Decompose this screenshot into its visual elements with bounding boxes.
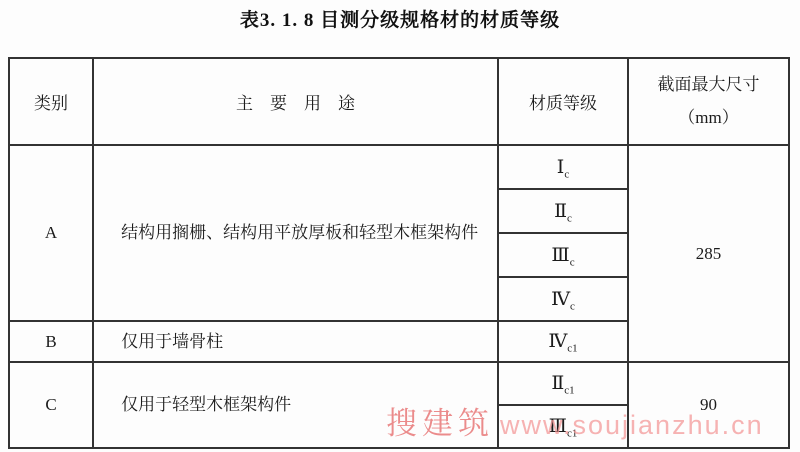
grade-cell: Ⅰc <box>498 145 628 189</box>
header-category: 类别 <box>9 58 93 145</box>
page-title: 表3. 1. 8 目测分级规格材的材质等级 <box>0 5 800 32</box>
use-cell-a: 结构用搁栅、结构用平放厚板和轻型木框架构件 <box>93 145 498 321</box>
use-cell-b: 仅用于墙骨柱 <box>93 321 498 362</box>
max-size-value: 90 <box>700 395 717 414</box>
use-text-c: 仅用于轻型木框架构件 <box>99 386 492 423</box>
header-use: 主 要 用 途 <box>93 58 498 145</box>
grade-cell: Ⅲc <box>498 233 628 277</box>
grade-cell: Ⅲc1 <box>498 405 628 448</box>
category-cell-a: A <box>9 145 93 321</box>
grade-subscript: c <box>570 300 575 312</box>
max-size-cell-285: 285 <box>628 145 789 362</box>
grade-numeral: Ⅲ <box>549 416 567 437</box>
grade-numeral: Ⅳ <box>551 289 570 310</box>
category-cell-b: B <box>9 321 93 362</box>
grade-cell: Ⅱc1 <box>498 362 628 405</box>
grade-numeral: Ⅱ <box>551 373 564 394</box>
category-cell-c: C <box>9 362 93 448</box>
table-row: A 结构用搁栅、结构用平放厚板和轻型木框架构件 Ⅰc 285 <box>9 145 789 189</box>
use-text-b: 仅用于墙骨柱 <box>99 323 492 360</box>
grade-subscript: c <box>564 168 569 180</box>
max-size-value: 285 <box>696 244 722 263</box>
grade-cell: Ⅳc1 <box>498 321 628 362</box>
grade-subscript: c1 <box>567 342 577 354</box>
grade-subscript: c <box>570 256 575 268</box>
header-max-size-line2: （mm） <box>629 102 788 134</box>
max-size-cell-90: 90 <box>628 362 789 448</box>
grade-numeral: Ⅱ <box>554 201 567 222</box>
header-max-size: 截面最大尺寸 （mm） <box>628 58 789 145</box>
grade-subscript: c1 <box>564 384 574 396</box>
header-max-size-line1: 截面最大尺寸 <box>629 69 788 101</box>
grade-numeral: Ⅳ <box>548 331 567 352</box>
use-text-a: 结构用搁栅、结构用平放厚板和轻型木框架构件 <box>99 214 492 251</box>
grade-cell: Ⅳc <box>498 277 628 321</box>
table-row: C 仅用于轻型木框架构件 Ⅱc1 90 <box>9 362 789 405</box>
grade-numeral: Ⅲ <box>551 245 569 266</box>
lumber-grade-table: 类别 主 要 用 途 材质等级 截面最大尺寸 （mm） A 结构用搁栅、结构用平… <box>8 57 790 449</box>
header-grade: 材质等级 <box>498 58 628 145</box>
use-cell-c: 仅用于轻型木框架构件 <box>93 362 498 448</box>
grade-subscript: c <box>567 212 572 224</box>
grade-cell: Ⅱc <box>498 189 628 233</box>
header-row: 类别 主 要 用 途 材质等级 截面最大尺寸 （mm） <box>9 58 789 145</box>
grade-subscript: c1 <box>567 427 577 439</box>
